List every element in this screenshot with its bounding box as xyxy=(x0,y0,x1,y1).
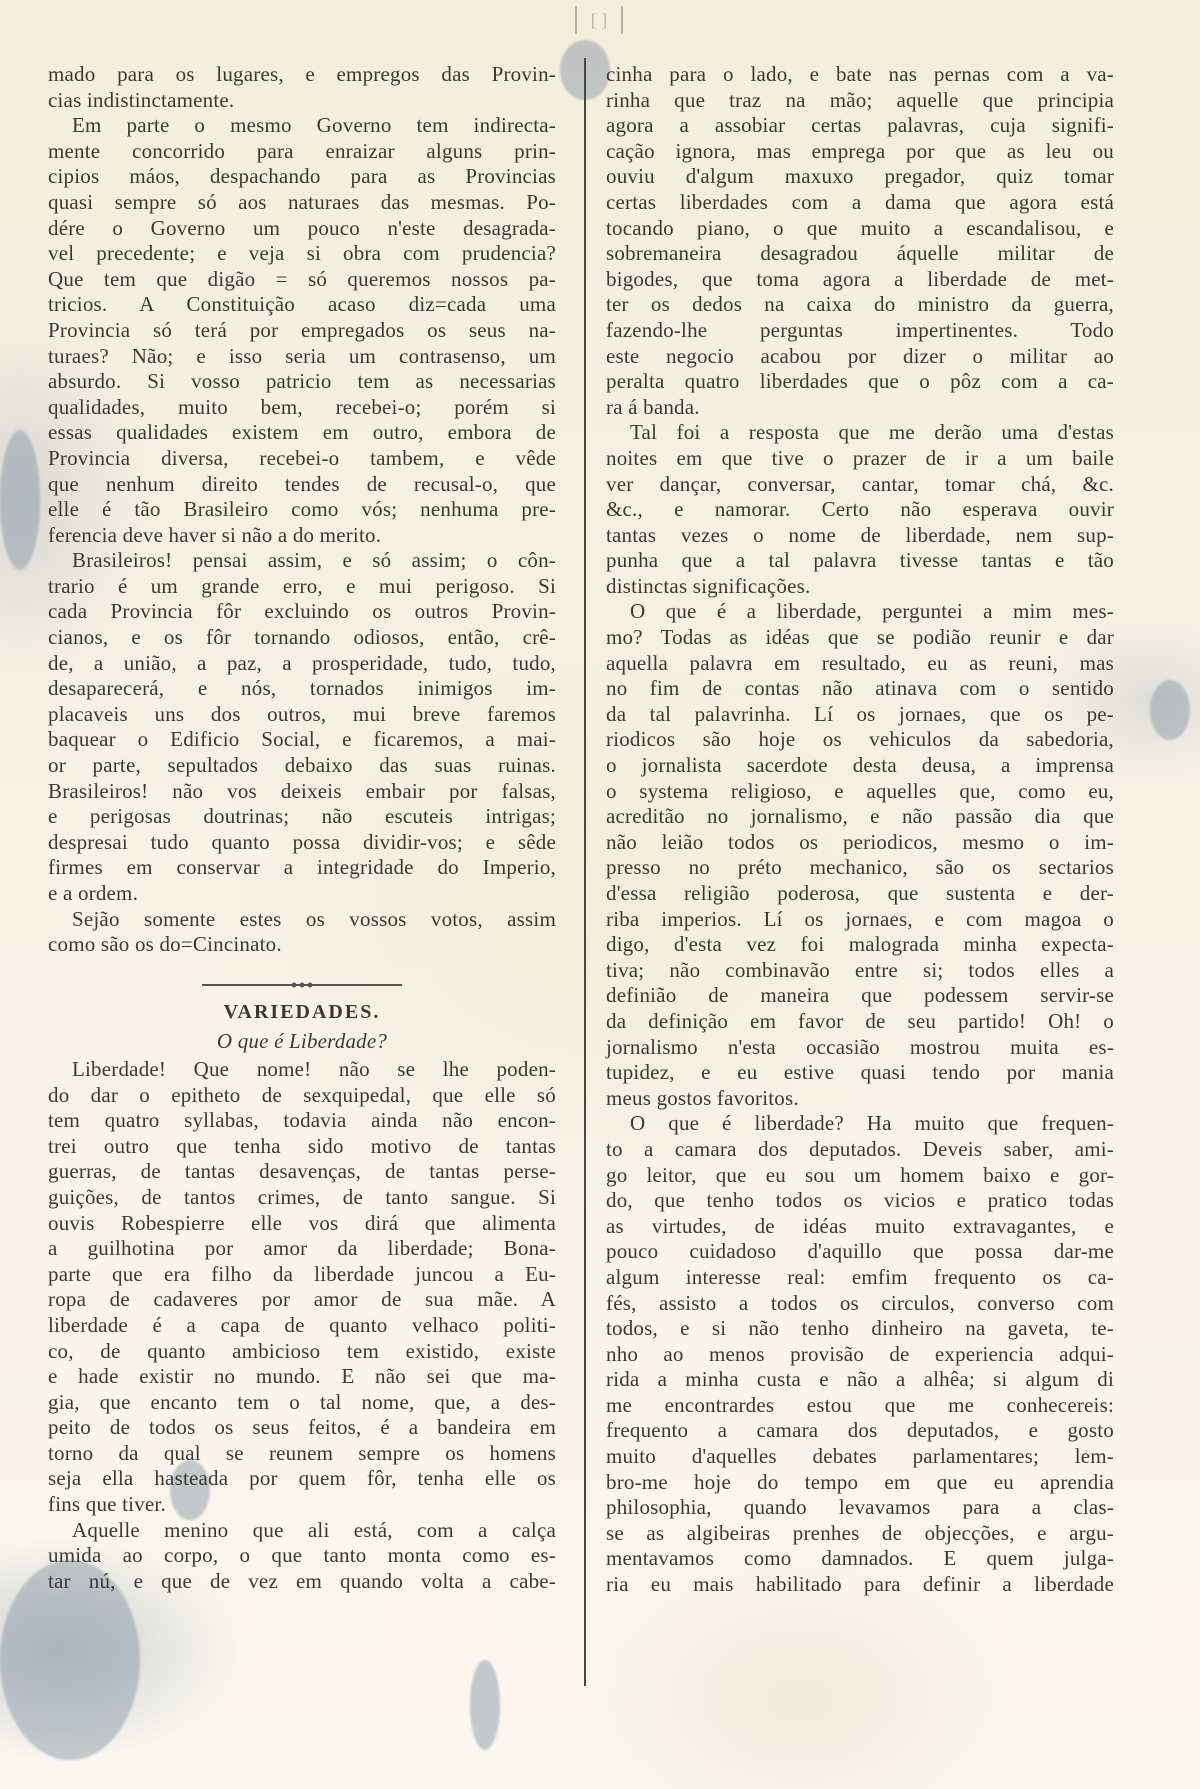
text-line: elle é tão Brasileiro como vós; nenhuma … xyxy=(48,497,556,523)
text-line: Provincia só terá por empregados os seus… xyxy=(48,318,556,344)
text-line: &c., e namorar. Certo não esperava ouvir xyxy=(606,497,1114,523)
text-line: ouvis Robespierre elle vos dirá que alim… xyxy=(48,1211,556,1237)
text-line: ropa de cadaveres por amor de sua mãe. A xyxy=(48,1287,556,1313)
text-line: cada Provincia fôr excluindo os outros P… xyxy=(48,599,556,625)
text-line: ria eu mais habilitado para definir a li… xyxy=(606,1572,1114,1598)
text-line: trei outro que tenha sido motivo de tant… xyxy=(48,1134,556,1160)
text-line: aquella palavra em resultado, eu as reun… xyxy=(606,651,1114,677)
text-line: trario é um grande erro, e mui perigoso.… xyxy=(48,574,556,600)
text-line: tocando piano, o que muito a escandaliso… xyxy=(606,216,1114,242)
text-line: tem quatro syllabas, todavia ainda não e… xyxy=(48,1108,556,1134)
text-line: nho ao menos provisão de experiencia adq… xyxy=(606,1342,1114,1368)
text-line: philosophia, quando levavamos para a cla… xyxy=(606,1495,1114,1521)
text-line: tantas vezes o nome de liberdade, nem su… xyxy=(606,523,1114,549)
text-line: Tal foi a resposta que me derão uma d'es… xyxy=(606,420,1114,446)
text-line: punha que a tal palavra tivesse tantas e… xyxy=(606,548,1114,574)
text-line: pouco cuidadoso d'aquillo que possa dar-… xyxy=(606,1239,1114,1265)
text-line: ferencia deve haver si não a do merito. xyxy=(48,523,556,549)
text-line: ver dançar, conversar, cantar, tomar chá… xyxy=(606,472,1114,498)
text-line: quasi sempre só aos naturaes das mesmas.… xyxy=(48,190,556,216)
text-line: placaveis uns dos outros, mui breve fare… xyxy=(48,702,556,728)
text-line: baquear o Edificio Social, e ficaremos, … xyxy=(48,727,556,753)
text-line: sobremaneira desagradou áquelle militar … xyxy=(606,241,1114,267)
text-line: turaes? Não; e isso seria um contrasenso… xyxy=(48,344,556,370)
text-line: umida ao corpo, o que tanto monta como e… xyxy=(48,1543,556,1569)
text-line: mente concorrido para enraizar alguns pr… xyxy=(48,139,556,165)
text-line: tiva; não combinavão entre si; todos ell… xyxy=(606,958,1114,984)
page-number-marker: [ ] xyxy=(575,6,623,34)
text-line: to a camara dos deputados. Deveis saber,… xyxy=(606,1137,1114,1163)
text-line: cianos, e os fôr tornando odiosos, então… xyxy=(48,625,556,651)
ornamental-rule xyxy=(202,984,402,986)
text-line: Brasileiros! não vos deixeis embair por … xyxy=(48,779,556,805)
text-line: gia, que encanto tem o tal nome, que, a … xyxy=(48,1390,556,1416)
text-line: agora a assobiar certas palavras, cuja s… xyxy=(606,113,1114,139)
text-line: Liberdade! Que nome! não se lhe poden- xyxy=(48,1057,556,1083)
text-line: cipios máos, despachando para as Provinc… xyxy=(48,164,556,190)
water-stain xyxy=(1150,680,1190,740)
paragraph: Em parte o mesmo Governo tem indirecta- … xyxy=(48,113,556,548)
right-column: cinha para o lado, e bate nas pernas com… xyxy=(606,62,1114,1598)
text-line: Aquelle menino que ali está, com a calça xyxy=(48,1518,556,1544)
text-line: cação ignora, mas emprega por que as leu… xyxy=(606,139,1114,165)
text-line: or parte, sepultados debaixo das suas ru… xyxy=(48,753,556,779)
text-line: desaparecerá, e nós, tornados inimigos i… xyxy=(48,676,556,702)
text-line: fazendo-lhe perguntas impertinentes. Tod… xyxy=(606,318,1114,344)
text-line: frequento a camara dos deputados, e gost… xyxy=(606,1418,1114,1444)
text-line: do dar o epitheto de sexquipedal, que el… xyxy=(48,1083,556,1109)
text-line: guerras, de tantas desavenças, de tantas… xyxy=(48,1159,556,1185)
text-line: que nenhum direito tendes de recusal-o, … xyxy=(48,472,556,498)
text-line: qualidades, muito bem, recebei-o; porém … xyxy=(48,395,556,421)
text-line: tupidez, e eu estive quasi tendo por man… xyxy=(606,1060,1114,1086)
article-title: O que é Liberdade? xyxy=(48,1029,556,1055)
text-line: despresai tudo quanto possa dividir-vos;… xyxy=(48,830,556,856)
text-line: fins que tiver. xyxy=(48,1492,556,1518)
text-line: rinha que traz na mão; aquelle que princ… xyxy=(606,88,1114,114)
text-line: absurdo. Si vosso patricio tem as necess… xyxy=(48,369,556,395)
text-line: liberdade é a capa de quanto velhaco pol… xyxy=(48,1313,556,1339)
text-line: O que é a liberdade, perguntei a mim mes… xyxy=(606,599,1114,625)
paragraph-signature: Sejão somente estes os vossos votos, ass… xyxy=(48,907,556,958)
text-line: bro-me hoje do tempo em que eu aprendia xyxy=(606,1470,1114,1496)
text-line: Que tem que digão = só queremos nossos p… xyxy=(48,267,556,293)
text-line: e hade existir no mundo. E não sei que m… xyxy=(48,1364,556,1390)
text-line: co, de quanto ambicioso tem existido, ex… xyxy=(48,1339,556,1365)
text-line: go leitor, que eu sou um homem baixo e g… xyxy=(606,1163,1114,1189)
text-line: riodicos são hoje os vehiculos da sabedo… xyxy=(606,727,1114,753)
text-line: ra á banda. xyxy=(606,395,1114,421)
text-line: fés, assisto a todos os circulos, conver… xyxy=(606,1291,1114,1317)
text-line: de, a união, a paz, a prosperidade, tudo… xyxy=(48,651,556,677)
text-line: a guilhotina por amor da liberdade; Bona… xyxy=(48,1236,556,1262)
paragraph: cinha para o lado, e bate nas pernas com… xyxy=(606,62,1114,420)
text-line: o systema religioso, e aquelles que, com… xyxy=(606,779,1114,805)
text-line: distinctas significações. xyxy=(606,574,1114,600)
text-line: Sejão somente estes os vossos votos, ass… xyxy=(48,907,556,933)
text-line: noites em que tive o prazer de ir a um b… xyxy=(606,446,1114,472)
text-line: peito de todos os seus feitos, é a bande… xyxy=(48,1415,556,1441)
paragraph: O que é liberdade? Ha muito que frequen-… xyxy=(606,1111,1114,1597)
text-line: bigodes, que toma agora a liberdade de m… xyxy=(606,267,1114,293)
text-line: riba imperios. Lí os jornaes, e com mago… xyxy=(606,907,1114,933)
text-line: ouviu d'algum maxuxo pregador, quiz toma… xyxy=(606,164,1114,190)
text-line: e a ordem. xyxy=(48,881,556,907)
text-line: e perigosas doutrinas; não escuteis intr… xyxy=(48,804,556,830)
text-line: presso no préto mechanico, são os sectar… xyxy=(606,855,1114,881)
water-stain xyxy=(0,430,40,570)
text-line: tricios. A Constituição acaso diz=cada u… xyxy=(48,292,556,318)
text-line: tar nú, e que de vez em quando volta a c… xyxy=(48,1569,556,1595)
text-line: rida a minha custa e não a alhêa; si alg… xyxy=(606,1367,1114,1393)
paragraph: mado para os lugares, e empregos das Pro… xyxy=(48,62,556,113)
text-line: guições, de tantos crimes, de tanto sang… xyxy=(48,1185,556,1211)
column-divider xyxy=(584,58,586,1686)
paragraph: Liberdade! Que nome! não se lhe poden- d… xyxy=(48,1057,556,1518)
text-line: este negocio acabou por dizer o militar … xyxy=(606,344,1114,370)
text-line: dére o Governo um pouco n'este desagrada… xyxy=(48,216,556,242)
text-line: firmes em conservar a integridade do Imp… xyxy=(48,855,556,881)
text-line: Brasileiros! pensai assim, e só assim; o… xyxy=(48,548,556,574)
text-line: meus gostos favoritos. xyxy=(606,1086,1114,1112)
text-line: cinha para o lado, e bate nas pernas com… xyxy=(606,62,1114,88)
text-line: parte que era filho da liberdade juncou … xyxy=(48,1262,556,1288)
text-line: Provincia diversa, recebei-o tambem, e v… xyxy=(48,446,556,472)
text-line: definião de maneira que podessem servir-… xyxy=(606,983,1114,1009)
text-line: se as algibeiras prenhes de objecções, e… xyxy=(606,1521,1114,1547)
text-line: me encontrardes estou que me conhecereis… xyxy=(606,1393,1114,1419)
text-line: todos, e si não tenho dinheiro na gaveta… xyxy=(606,1316,1114,1342)
text-line: muito d'aquelles debates parlamentares; … xyxy=(606,1444,1114,1470)
text-line: jornalismo n'esta occasião mostrou muita… xyxy=(606,1035,1114,1061)
text-line: do, que tenho todos os vicios e pratico … xyxy=(606,1188,1114,1214)
section-title: VARIEDADES. xyxy=(48,1000,556,1026)
text-line: Em parte o mesmo Governo tem indirecta- xyxy=(48,113,556,139)
text-line: não leião todos os periodicos, mesmo o i… xyxy=(606,830,1114,856)
text-line: ter os dedos na caixa do ministro da gue… xyxy=(606,292,1114,318)
paragraph: Tal foi a resposta que me derão uma d'es… xyxy=(606,420,1114,599)
paragraph: Aquelle menino que ali está, com a calça… xyxy=(48,1518,556,1595)
paragraph: O que é a liberdade, perguntei a mim mes… xyxy=(606,599,1114,1111)
text-line: d'essa religião poderosa, que sustenta e… xyxy=(606,881,1114,907)
text-line: algum interesse real: emfim frequento os… xyxy=(606,1265,1114,1291)
water-stain xyxy=(470,1660,500,1750)
text-line: no fim de contas não atinava com o senti… xyxy=(606,676,1114,702)
text-line: mentavamos como damnados. E quem julga- xyxy=(606,1546,1114,1572)
text-line: digo, d'esta vez foi malograda minha exp… xyxy=(606,932,1114,958)
text-line: da tal palavrinha. Lí os jornaes, que os… xyxy=(606,702,1114,728)
text-line: seja ella hasteada por quem fôr, tenha e… xyxy=(48,1466,556,1492)
text-line: acreditão no jornalismo, e não passão di… xyxy=(606,804,1114,830)
text-line: certas liberdades com a dama que agora e… xyxy=(606,190,1114,216)
signature-line: como são os do=Cincinato. xyxy=(48,932,556,958)
left-column: mado para os lugares, e empregos das Pro… xyxy=(48,62,556,1594)
text-line: vel precedente; e veja si obra com prude… xyxy=(48,241,556,267)
text-line: cias indistinctamente. xyxy=(48,88,556,114)
text-line: mado para os lugares, e empregos das Pro… xyxy=(48,62,556,88)
text-line: da definição em favor de seu partido! Oh… xyxy=(606,1009,1114,1035)
paragraph: Brasileiros! pensai assim, e só assim; o… xyxy=(48,548,556,906)
text-line: peralta quatro liberdades que o pôz com … xyxy=(606,369,1114,395)
text-line: torno da qual se reunem sempre os homens xyxy=(48,1441,556,1467)
text-line: o jornalista sacerdote desta deusa, a im… xyxy=(606,753,1114,779)
text-line: essas qualidades existem em outro, embor… xyxy=(48,420,556,446)
text-line: O que é liberdade? Ha muito que frequen- xyxy=(606,1111,1114,1137)
text-line: as virtudes, de idéas muito extravagante… xyxy=(606,1214,1114,1240)
text-line: mo? Todas as idéas que se podião reunir … xyxy=(606,625,1114,651)
